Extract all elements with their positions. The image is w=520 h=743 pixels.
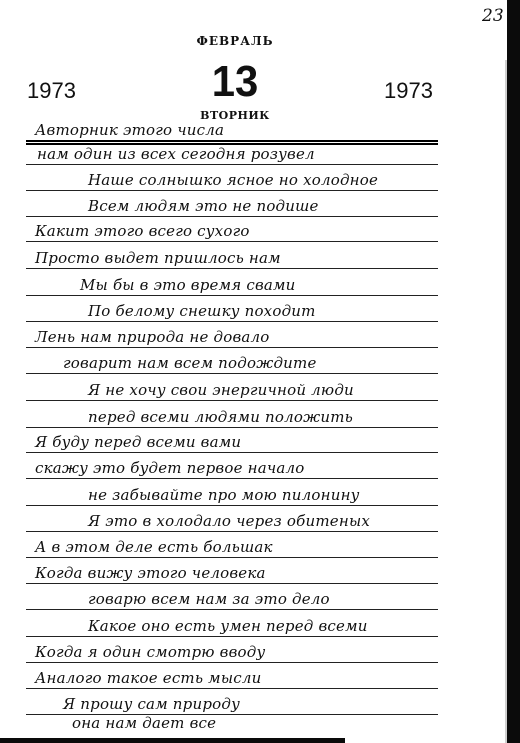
diary-page: 23 ФЕВРАЛЬ 1973 13 1973 ВТОРНИК Авторник…: [0, 0, 520, 743]
ruled-line: [26, 400, 438, 401]
handwritten-line: Когда вижу этого человека: [35, 564, 266, 582]
handwritten-line: нам один из всех сегодня розувел: [37, 145, 315, 163]
handwritten-line: Какое оно есть умен перед всеми: [88, 617, 368, 635]
handwritten-line: По белому снешку походит: [88, 302, 316, 320]
ruled-line: [26, 321, 438, 322]
page-bottom-edge: [0, 738, 345, 743]
handwritten-line: Какит этого всего сухого: [35, 222, 250, 240]
handwritten-line: она нам дает все: [72, 714, 216, 732]
handwritten-line: говарю всем нам за это дело: [88, 590, 330, 608]
handwritten-line: перед всеми людями положить: [88, 408, 353, 426]
calendar-month: ФЕВРАЛЬ: [0, 34, 470, 48]
ruled-line: [26, 662, 438, 663]
handwritten-line: Я буду перед всеми вами: [35, 433, 241, 451]
handwritten-line: Лень нам природа не довало: [35, 328, 270, 346]
page-edge-border: [507, 0, 520, 743]
ruled-line: [26, 216, 438, 217]
ruled-line: [26, 583, 438, 584]
ruled-line: [26, 190, 438, 191]
ruled-line: [26, 531, 438, 532]
ruled-line: [26, 557, 438, 558]
handwritten-line: Когда я один смотрю вводу: [35, 643, 265, 661]
ruled-line: [26, 505, 438, 506]
handwritten-line: не забывайте про мою пилонину: [88, 486, 360, 504]
handwritten-line: говарит нам всем подождите: [63, 354, 317, 372]
ruled-line: [26, 427, 438, 428]
header-double-rule: [26, 140, 438, 142]
ruled-line: [26, 714, 438, 715]
ruled-line: [26, 478, 438, 479]
handwritten-line: А в этом деле есть большак: [35, 538, 273, 556]
ruled-line: [26, 268, 438, 269]
handwritten-line: Просто выдет пришлось нам: [35, 249, 281, 267]
handwritten-line: скажу это будет первое начало: [35, 459, 305, 477]
ruled-line: [26, 241, 438, 242]
handwritten-line: Авторник этого числа: [35, 121, 224, 139]
handwritten-line: Мы бы в это время свами: [80, 276, 296, 294]
ruled-line: [26, 347, 438, 348]
ruled-line: [26, 373, 438, 374]
ruled-line: [26, 295, 438, 296]
page-number: 23: [482, 6, 504, 26]
handwritten-line: Аналого такое есть мысли: [35, 669, 261, 687]
handwritten-line: Я не хочу свои энергичной люди: [88, 381, 354, 399]
ruled-line: [26, 452, 438, 453]
ruled-line: [26, 164, 438, 165]
handwritten-line: Я это в холодало через обитеных: [88, 512, 370, 530]
calendar-year-right: 1973: [384, 78, 433, 104]
handwritten-line: Я прошу сам природу: [63, 695, 240, 713]
ruled-line: [26, 688, 438, 689]
ruled-line: [26, 636, 438, 637]
handwritten-line: Наше солнышко ясное но холодное: [88, 171, 378, 189]
handwritten-line: Всем людям это не подише: [88, 197, 319, 215]
ruled-line: [26, 609, 438, 610]
